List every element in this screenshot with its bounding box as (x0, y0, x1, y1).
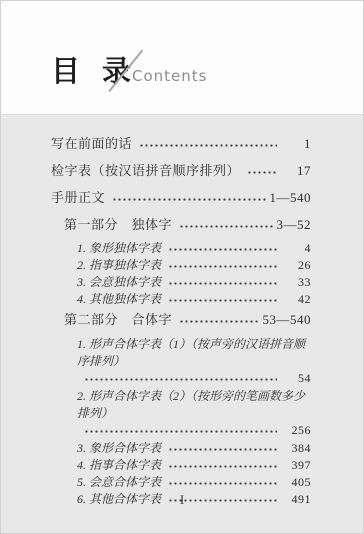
entry-label: 1. 形声合体字表（1）（按声旁的汉语拼音顺序排列） (51, 336, 311, 370)
toc-entry: 2. 指事独体字表 26 (51, 257, 311, 273)
toc-entry: 1. 形声合体字表（1）（按声旁的汉语拼音顺序排列） 54 (51, 336, 311, 387)
entry-page-number: 33 (281, 274, 311, 290)
toc-entry: 3. 会意独体字表 33 (51, 274, 311, 290)
toc-entry-section: 第二部分 合体字 53—540 (51, 311, 311, 329)
entry-label: 4. 指事合体字表 (77, 457, 161, 473)
entry-page-number: 3—52 (277, 216, 312, 234)
entry-page-number: 397 (281, 457, 311, 473)
toc-entry: 1. 象形独体字表 4 (51, 240, 311, 256)
dot-leader (84, 422, 277, 439)
toc-entry: 2. 形声合体字表（2）（按形旁的笔画数多少排列） 256 (51, 388, 311, 439)
entry-label: 4. 其他独体字表 (77, 291, 161, 307)
entry-label: 2. 形声合体字表（2）（按形旁的笔画数多少排列） (51, 388, 311, 422)
entry-page-number: 1—540 (270, 189, 312, 207)
entry-page-number: 54 (281, 370, 311, 387)
entry-label: 1. 象形独体字表 (77, 240, 161, 256)
entry-label: 手册正文 (51, 189, 105, 207)
toc-entry: 手册正文 1—540 (51, 189, 311, 207)
entry-label: 3. 会意独体字表 (77, 274, 161, 290)
entry-page-number: 26 (281, 257, 311, 273)
entry-page-number: 384 (281, 440, 311, 456)
dot-leader (179, 216, 272, 234)
entry-label: 2. 指事独体字表 (77, 257, 161, 273)
entry-label: 3. 象形合体字表 (77, 440, 161, 456)
dot-leader (168, 274, 277, 290)
toc-page: 目录 Contents 写在前面的话 1 检字表（按汉语拼音顺序排列） 17 手… (0, 0, 364, 534)
toc-entry: 4. 指事合体字表 397 (51, 457, 311, 473)
page-header: 目录 Contents (1, 1, 363, 114)
page-title-english: Contents (132, 67, 207, 85)
entry-label: 检字表（按汉语拼音顺序排列） (51, 162, 240, 180)
toc-entry: 检字表（按汉语拼音顺序排列） 17 (51, 162, 311, 180)
entry-label: 第二部分 合体字 (64, 311, 172, 329)
entry-page-number: 405 (281, 474, 311, 490)
page-number-footer: I (1, 492, 363, 508)
dot-leader (168, 240, 277, 256)
dot-leader (112, 189, 265, 207)
toc-entry: 4. 其他独体字表 42 (51, 291, 311, 307)
dot-leader (247, 162, 277, 180)
entry-label: 5. 会意合体字表 (77, 474, 161, 490)
entry-page-number: 1 (281, 135, 311, 153)
toc-entry-section: 第一部分 独体字 3—52 (51, 216, 311, 234)
dot-leader (168, 291, 277, 307)
dot-leader (168, 257, 277, 273)
dot-leader (168, 474, 277, 490)
entry-label: 第一部分 独体字 (64, 216, 172, 234)
entry-page-number: 4 (281, 240, 311, 256)
toc-entry: 写在前面的话 1 (51, 135, 311, 153)
entry-label: 写在前面的话 (51, 135, 132, 153)
entry-page-number: 53—540 (263, 311, 312, 329)
title-group: 目录 Contents (51, 53, 321, 105)
dot-leader (179, 311, 258, 329)
entry-page-number: 42 (281, 291, 311, 307)
dot-leader (168, 440, 277, 456)
dot-leader (84, 370, 277, 387)
dot-leader (168, 457, 277, 473)
toc-entry: 3. 象形合体字表 384 (51, 440, 311, 456)
entry-page-number: 17 (281, 162, 311, 180)
entry-page-number: 256 (281, 422, 311, 439)
toc-list: 写在前面的话 1 检字表（按汉语拼音顺序排列） 17 手册正文 1—540 第一… (1, 114, 363, 533)
toc-entry: 5. 会意合体字表 405 (51, 474, 311, 490)
dot-leader (139, 135, 277, 153)
